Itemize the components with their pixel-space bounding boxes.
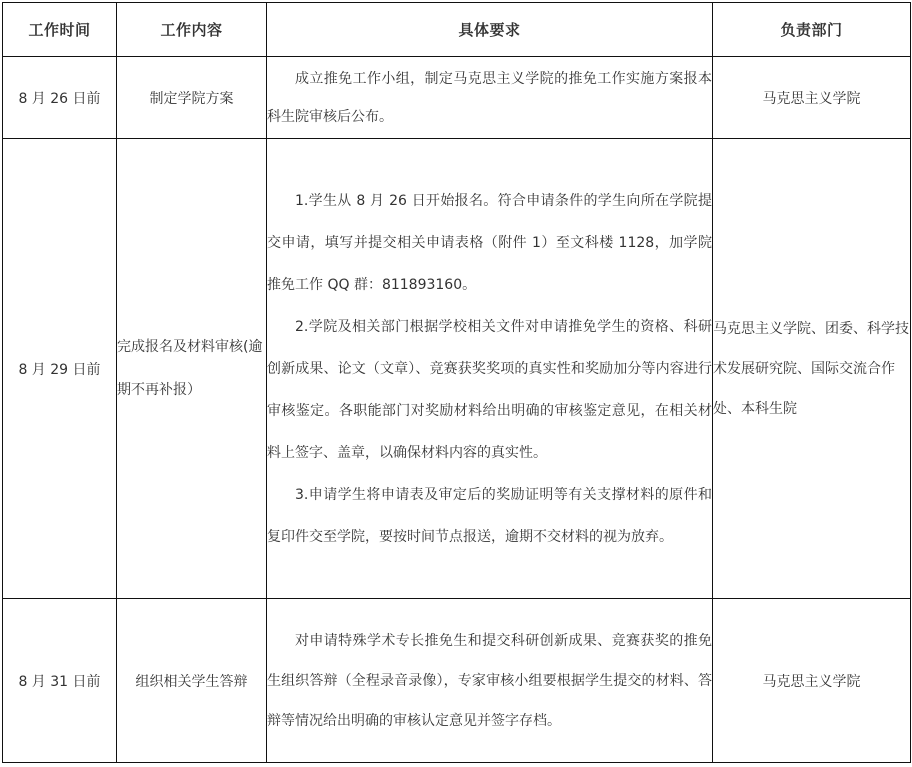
row-department: 马克思主义学院、团委、科学技术发展研究院、国际交流合作处、本科生院	[713, 139, 911, 599]
header-department: 负责部门	[713, 3, 911, 57]
row-time: 8 月 26 日前	[3, 57, 117, 139]
row-time: 8 月 31 日前	[3, 599, 117, 763]
row-content: 组织相关学生答辩	[117, 599, 267, 763]
row-time: 8 月 29 日前	[3, 139, 117, 599]
row-content: 完成报名及材料审核(逾期不再补报）	[117, 139, 267, 599]
row-requirements: 对申请特殊学术专长推免生和提交科研创新成果、竞赛获奖的推免生组织答辩（全程录音录…	[267, 599, 713, 763]
row-requirements: 成立推免工作小组，制定马克思主义学院的推免工作实施方案报本科生院审核后公布。	[267, 57, 713, 139]
schedule-table: 工作时间 工作内容 具体要求 负责部门 8 月 26 日前 制定学院方案 成立推…	[2, 2, 911, 763]
row-requirements: 1.学生从 8 月 26 日开始报名。符合申请条件的学生向所在学院提交申请，填写…	[267, 139, 713, 599]
requirement-paragraph: 3.申请学生将申请表及审定后的奖励证明等有关支撑材料的原件和复印件交至学院，要按…	[267, 474, 712, 558]
requirement-paragraph: 2.学院及相关部门根据学校相关文件对申请推免学生的资格、科研创新成果、论文（文章…	[267, 306, 712, 474]
requirement-paragraph: 1.学生从 8 月 26 日开始报名。符合申请条件的学生向所在学院提交申请，填写…	[267, 180, 712, 306]
table-row: 8 月 26 日前 制定学院方案 成立推免工作小组，制定马克思主义学院的推免工作…	[3, 57, 911, 139]
row-department: 马克思主义学院	[713, 57, 911, 139]
table-row: 8 月 31 日前 组织相关学生答辩 对申请特殊学术专长推免生和提交科研创新成果…	[3, 599, 911, 763]
requirement-paragraph: 成立推免工作小组，制定马克思主义学院的推免工作实施方案报本科生院审核后公布。	[267, 60, 712, 136]
header-work-content: 工作内容	[117, 3, 267, 57]
table-row: 8 月 29 日前 完成报名及材料审核(逾期不再补报） 1.学生从 8 月 26…	[3, 139, 911, 599]
header-requirements: 具体要求	[267, 3, 713, 57]
header-row: 工作时间 工作内容 具体要求 负责部门	[3, 3, 911, 57]
requirement-paragraph: 对申请特殊学术专长推免生和提交科研创新成果、竞赛获奖的推免生组织答辩（全程录音录…	[267, 621, 712, 741]
header-work-time: 工作时间	[3, 3, 117, 57]
row-department: 马克思主义学院	[713, 599, 911, 763]
row-content: 制定学院方案	[117, 57, 267, 139]
